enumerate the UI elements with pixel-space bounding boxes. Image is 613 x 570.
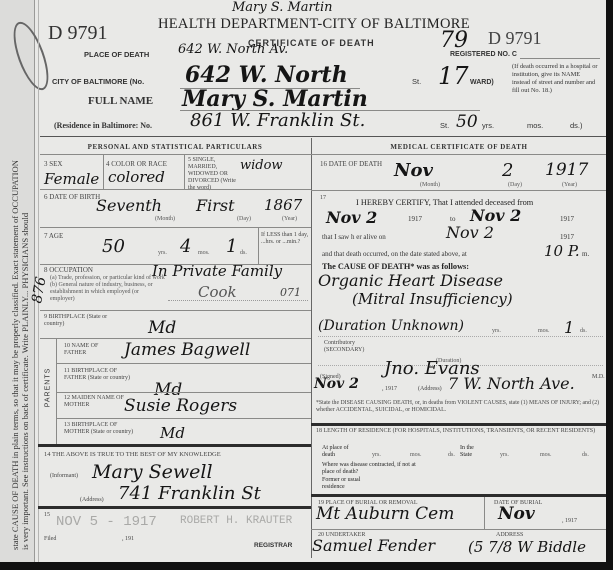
at-place-yrs: yrs.: [372, 452, 381, 459]
filed-label: Filed: [44, 536, 56, 543]
mother-birthplace-label: 13 BIRTHPLACE OF MOTHER (State or countr…: [64, 422, 139, 436]
rule: [318, 336, 603, 337]
color-label: 4 COLOR OR RACE: [106, 160, 167, 168]
dod-day-caption: (Day): [508, 182, 522, 189]
signed-year: , 1917: [382, 386, 397, 393]
occupation-b-value: Cook: [198, 283, 237, 301]
at-place-ds: ds.: [448, 452, 455, 459]
cert-number: 17: [320, 195, 326, 202]
filed-number: 15: [44, 512, 50, 519]
duration-ds: ds.: [580, 328, 587, 335]
cause-footnote: *State the DISEASE CAUSING DEATH, or, in…: [316, 400, 602, 414]
informant-label: (Informant): [50, 473, 78, 480]
death-time-value: 10 P.: [544, 242, 580, 260]
sex-label: 3 SEX: [44, 160, 62, 168]
rule: [40, 310, 311, 311]
saw-alive-value: Nov 2: [446, 223, 494, 242]
rule: [103, 155, 104, 189]
margin-instructions: state CAUSE OF DEATH in plain terms, so …: [0, 0, 35, 562]
cause-label: The CAUSE OF DEATH* was as follows:: [322, 262, 469, 271]
in-state-yrs: yrs.: [500, 452, 509, 459]
death-time-label: and that death occurred, on the date sta…: [322, 250, 467, 258]
file-number: D 9791: [48, 22, 107, 45]
rule: [311, 529, 606, 530]
dod-month: Nov: [394, 160, 433, 181]
rule: [56, 363, 311, 364]
cause-line-1: Organic Heart Disease: [318, 271, 503, 290]
rule: [40, 189, 311, 190]
street-value: 642 W. North: [185, 62, 348, 88]
at-place-mos: mos.: [410, 452, 422, 459]
to-label: to: [450, 215, 455, 223]
registrar-name-stamp: ROBERT H. KRAUTER: [180, 515, 292, 527]
residence-value: 861 W. Franklin St.: [190, 110, 365, 131]
age-ds-caption: ds.: [240, 250, 247, 257]
former-residence-label: Former or usual residence: [322, 477, 372, 491]
margin-instruction-text: state CAUSE OF DEATH in plain terms, so …: [10, 10, 30, 550]
sex-value: Female: [44, 170, 99, 188]
age-label: 7 AGE: [44, 232, 63, 240]
dob-label: 6 DATE OF BIRTH: [44, 193, 100, 201]
attended-to-year: 1917: [560, 215, 574, 223]
residence-label: (Residence in Baltimore: No.: [54, 121, 152, 130]
saw-alive-label: that I saw h er alive on: [322, 233, 386, 241]
saw-alive-year: 1917: [560, 233, 574, 241]
st-label: St.: [412, 77, 421, 86]
month-caption: (Month): [155, 216, 175, 223]
dob-year: 1867: [264, 196, 302, 214]
marital-value: widow: [240, 158, 283, 173]
cause-line-3: (Duration Unknown): [318, 318, 464, 334]
cause-line-2: (Mitral Insufficiency): [352, 290, 513, 308]
rule: [311, 190, 606, 191]
informant-value: Mary Sewell: [92, 461, 213, 483]
margin-line-2: is very important. See instructions on b…: [20, 10, 30, 550]
full-name-label: FULL NAME: [88, 95, 153, 107]
burial-place-value: Mt Auburn Cem: [316, 504, 454, 524]
certificate-title: HEALTH DEPARTMENT-CITY OF BALTIMORE: [158, 16, 470, 33]
age-years: 50: [102, 236, 125, 257]
less-than-day-label: If LESS than 1 day, ...hrs. or ...min.?: [261, 232, 309, 246]
dod-year: 1917: [545, 160, 588, 180]
registered-stamp: D 9791: [488, 28, 542, 49]
residence-length-heading: 18 LENGTH OF RESIDENCE (FOR HOSPITALS, I…: [316, 428, 604, 435]
rule: [40, 227, 311, 228]
place-of-death-value: 642 W. North Av.: [178, 42, 288, 57]
personal-section-title: PERSONAL AND STATISTICAL PARTICULARS: [40, 143, 310, 151]
age-months: 4: [180, 236, 191, 257]
color-value: colored: [108, 168, 165, 186]
rule: [56, 418, 311, 419]
burial-year: , 1917: [562, 518, 577, 525]
in-state-label: In the State: [460, 445, 485, 459]
duration-days-value: 1: [564, 318, 574, 337]
occupation-a-value: In Private Family: [152, 262, 282, 280]
rule: [258, 228, 259, 264]
margin-annotation: 876: [29, 275, 49, 304]
thick-rule: [311, 423, 606, 426]
death-certificate: state CAUSE OF DEATH in plain terms, so …: [0, 0, 606, 562]
contracted-label: Where was disease contracted, if not at …: [322, 462, 422, 476]
filed-date-stamp: NOV 5 - 1917: [56, 514, 157, 530]
undertaker-address-value: (5 7/8 W Biddle: [468, 538, 586, 556]
father-value: James Bagwell: [124, 340, 250, 360]
occupation-sub-label: (a) Trade, profession, or particular kin…: [50, 275, 165, 303]
mother-value: Susie Rogers: [124, 396, 237, 416]
medical-section-title: MEDICAL CERTIFICATE OF DEATH: [312, 143, 606, 151]
doctor-address-value: 7 W. North Ave.: [448, 374, 575, 393]
registered-line: [520, 58, 600, 59]
rule: [311, 154, 606, 155]
city-label: CITY OF BALTIMORE (No.: [52, 77, 144, 86]
duration-mos: mos.: [538, 328, 550, 335]
dob-day: First: [196, 196, 235, 215]
residence-mos-label: mos.: [527, 121, 543, 130]
filed-year-label: , 191: [122, 536, 134, 543]
ward-value: 17: [438, 62, 469, 90]
registered-label: REGISTERED NO. C: [450, 51, 517, 58]
informant-address-label: (Address): [80, 497, 104, 504]
mother-birthplace-value: Md: [160, 424, 185, 442]
age-yrs-caption: yrs.: [158, 250, 167, 257]
thick-rule: [38, 506, 311, 509]
contributory-label: Contributory (SECONDARY): [324, 340, 384, 354]
place-of-death-label: PLACE OF DEATH: [84, 50, 149, 59]
in-state-ds: ds.: [582, 452, 589, 459]
parents-label: PARENTS: [44, 368, 51, 408]
thick-rule: [311, 494, 606, 497]
attended-from: Nov 2: [326, 208, 377, 227]
age-mos-caption: mos.: [198, 250, 210, 257]
dod-label: 16 DATE OF DEATH: [320, 160, 382, 168]
margin-line-1: state CAUSE OF DEATH in plain terms, so …: [10, 10, 20, 550]
dod-year-caption: (Year): [562, 182, 577, 189]
signed-date: Nov 2: [314, 376, 359, 392]
rule: [56, 392, 311, 393]
year-caption: (Year): [282, 216, 297, 223]
registered-handwritten: 79: [440, 28, 468, 53]
occupation-code: 071: [280, 286, 301, 299]
rule: [184, 155, 185, 189]
dob-month: Seventh: [96, 196, 162, 215]
rule: [168, 300, 308, 301]
header-divider: [40, 136, 606, 137]
thick-rule: [38, 444, 311, 447]
handwritten-name-top: Mary S. Martin: [232, 0, 333, 15]
father-label: 10 NAME OF FATHER: [64, 343, 119, 357]
at-place-label: At place of death: [322, 445, 352, 459]
occupation-label: 8 OCCUPATION: [44, 266, 93, 274]
birthplace-value: Md: [148, 318, 176, 338]
m-label: m.: [582, 250, 589, 258]
residence-ds-label: ds.): [570, 121, 583, 130]
residence-yrs-label: yrs.: [482, 121, 494, 130]
residence-years: 50: [456, 112, 478, 132]
marital-label: 5 SINGLE, MARRIED, WIDOWED OR DIVORCED (…: [188, 157, 238, 192]
duration-yrs: yrs.: [492, 328, 501, 335]
undertaker-value: Samuel Fender: [312, 536, 435, 555]
attended-from-year: 1917: [408, 215, 422, 223]
dod-month-caption: (Month): [420, 182, 440, 189]
day-caption: (Day): [237, 216, 251, 223]
rule: [40, 154, 311, 155]
rule: [484, 497, 485, 529]
informant-address-value: 741 Franklin St: [118, 483, 261, 504]
residence-st-label: St.: [440, 121, 449, 130]
doctor-address-label: (Address): [418, 386, 442, 393]
father-birthplace-label: 11 BIRTHPLACE OF FATHER (State or countr…: [64, 368, 139, 382]
informant-heading: 14 THE ABOVE IS TRUE TO THE BEST OF MY K…: [44, 451, 314, 458]
registrar-label: REGISTRAR: [254, 542, 292, 549]
burial-date-value: Nov: [498, 504, 535, 524]
birthplace-label: 9 BIRTHPLACE (State or country): [44, 314, 124, 328]
in-state-mos: mos.: [540, 452, 552, 459]
full-name-value: Mary S. Martin: [182, 86, 368, 112]
ward-label: WARD): [470, 79, 494, 86]
hospital-note: (If death occurred in a hospital or inst…: [512, 63, 598, 95]
rule: [40, 338, 311, 339]
md-label: M.D.: [592, 374, 605, 381]
dod-day: 2: [502, 160, 513, 181]
age-days: 1: [226, 236, 237, 257]
